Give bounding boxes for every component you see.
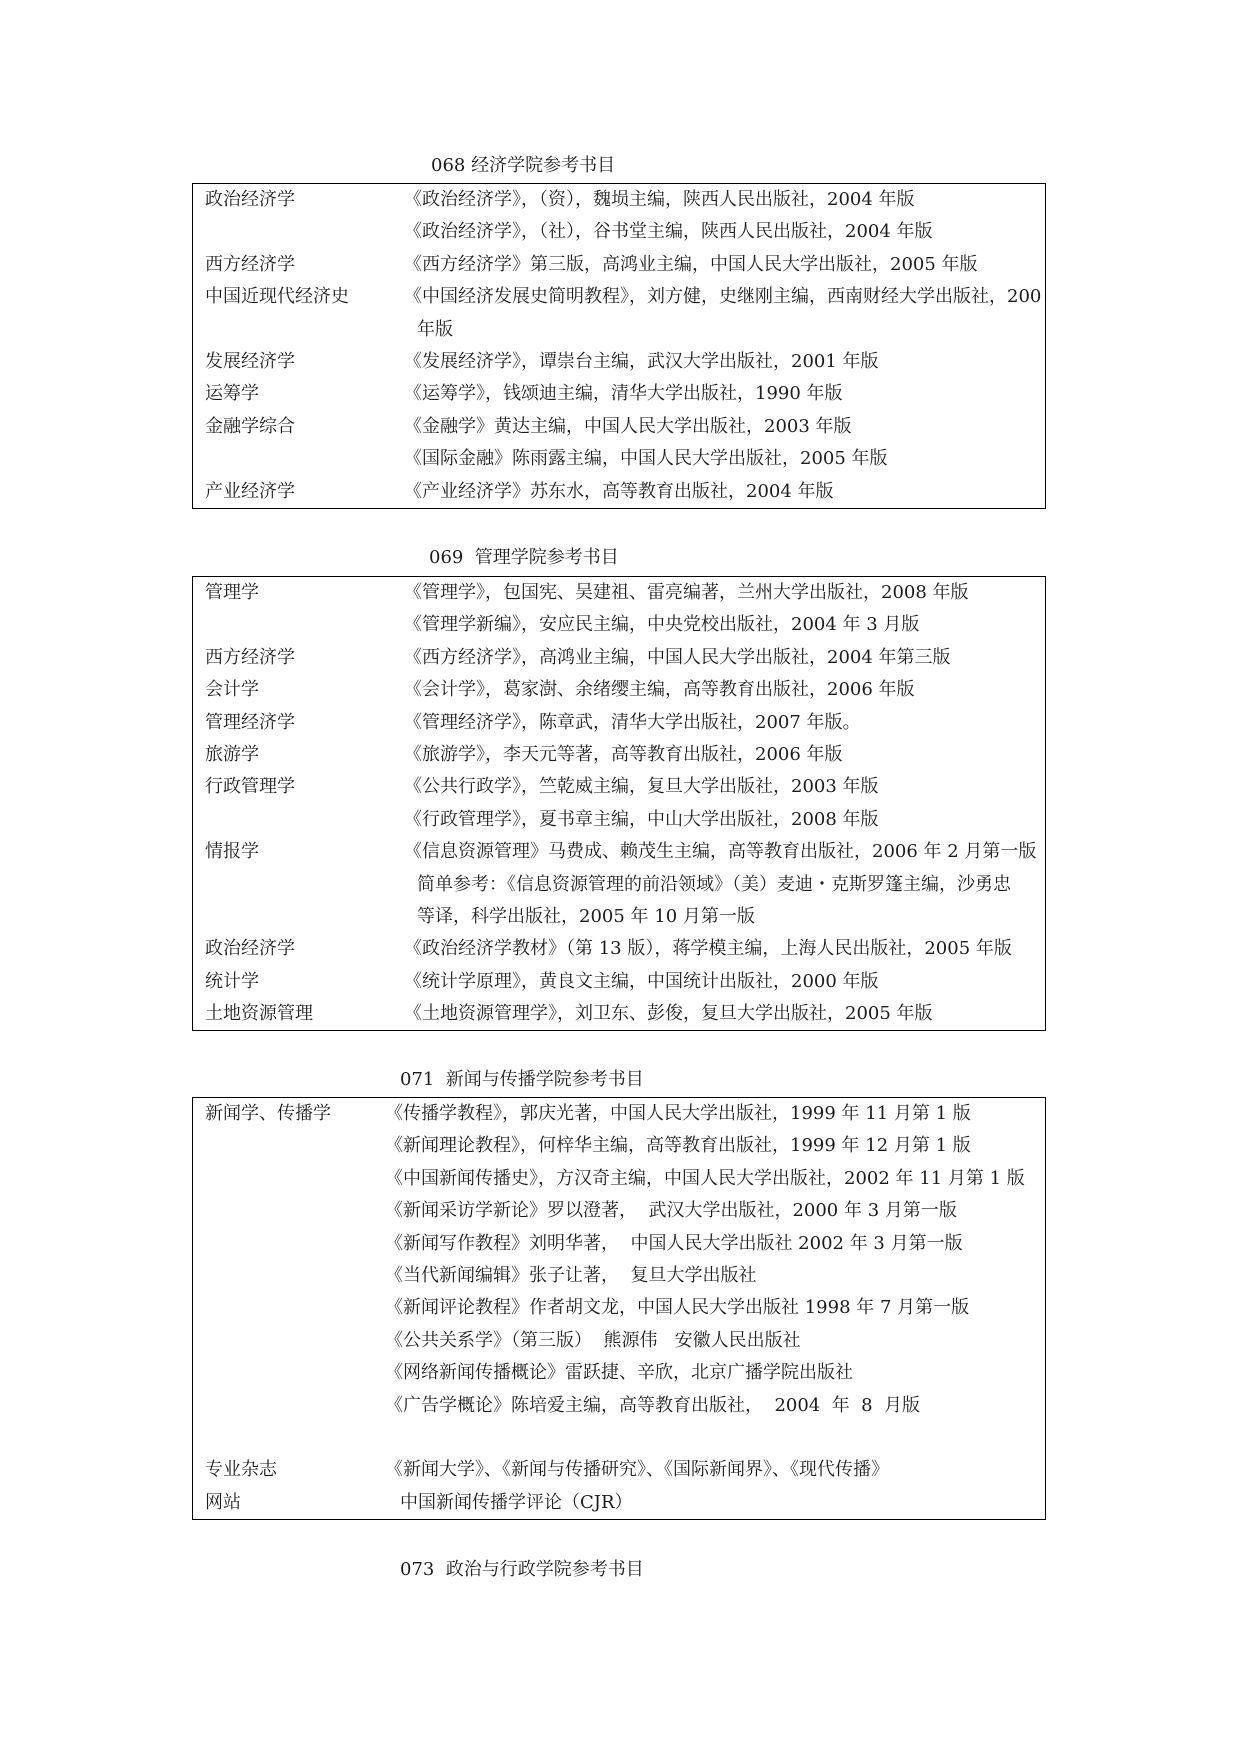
- table-row: 管理经济学《管理经济学》，陈章武，清华大学出版社，2007 年版。: [193, 707, 1045, 739]
- table-row: 《新闻采访学新论》罗以澄著， 武汉大学出版社，2000 年 3 月第一版: [193, 1195, 1045, 1227]
- book-reference: 《政治经济学》，（资），魏埙主编，陕西人民出版社，2004 年版: [404, 184, 915, 216]
- book-reference: 年版: [417, 314, 453, 346]
- table-row: 统计学《统计学原理》，黄良文主编，中国统计出版社，2000 年版: [193, 966, 1045, 998]
- table-row: 西方经济学《西方经济学》，高鸿业主编，中国人民大学出版社，2004 年第三版: [193, 642, 1045, 674]
- subject-label: 行政管理学: [205, 771, 295, 803]
- subject-label: 专业杂志: [205, 1454, 277, 1486]
- table-row: 网站中国新闻传播学评论（CJR）: [193, 1487, 1045, 1519]
- book-reference: 《当代新闻编辑》张子让著， 复旦大学出版社: [385, 1260, 756, 1292]
- book-reference: 《新闻理论教程》，何梓华主编，高等教育出版社，1999 年 12 月第 1 版: [385, 1130, 971, 1162]
- table-row: 《网络新闻传播概论》雷跃捷、辛欣，北京广播学院出版社: [193, 1357, 1045, 1389]
- table-row: 《行政管理学》，夏书章主编，中山大学出版社，2008 年版: [193, 804, 1045, 836]
- book-reference: 《会计学》，葛家澍、余绪缨主编，高等教育出版社，2006 年版: [404, 674, 915, 706]
- book-reference: 《产业经济学》苏东水，高等教育出版社，2004 年版: [404, 476, 834, 508]
- section-title-073: 073 政治与行政学院参考书目: [400, 1557, 644, 1583]
- subject-label: 管理经济学: [205, 707, 295, 739]
- book-reference: 《新闻评论教程》作者胡文龙，中国人民大学出版社 1998 年 7 月第一版: [385, 1292, 969, 1324]
- book-reference: 《发展经济学》，谭崇台主编，武汉大学出版社，2001 年版: [404, 346, 879, 378]
- book-reference: 《政治经济学教材》（第 13 版），蒋学模主编，上海人民出版社，2005 年版: [404, 933, 1012, 965]
- subject-label: 情报学: [205, 836, 259, 868]
- table-row: 金融学综合《金融学》黄达主编，中国人民大学出版社，2003 年版: [193, 411, 1045, 443]
- subject-label: 旅游学: [205, 739, 259, 771]
- table-row: 《政治经济学》，（社），谷书堂主编，陕西人民出版社，2004 年版: [193, 216, 1045, 248]
- book-reference: 《运筹学》，钱颂迪主编，清华大学出版社，1990 年版: [404, 378, 843, 410]
- table-row: 《中国新闻传播史》，方汉奇主编，中国人民大学出版社，2002 年 11 月第 1…: [193, 1163, 1045, 1195]
- book-reference: 《政治经济学》，（社），谷书堂主编，陕西人民出版社，2004 年版: [404, 216, 933, 248]
- book-reference: 《西方经济学》第三版，高鸿业主编，中国人民大学出版社，2005 年版: [404, 249, 978, 281]
- table-row: 产业经济学《产业经济学》苏东水，高等教育出版社，2004 年版: [193, 476, 1045, 508]
- table-row: 运筹学《运筹学》，钱颂迪主编，清华大学出版社，1990 年版: [193, 378, 1045, 410]
- book-reference: 《公共关系学》（第三版） 熊源伟 安徽人民出版社: [385, 1325, 801, 1357]
- book-reference: 《行政管理学》，夏书章主编，中山大学出版社，2008 年版: [404, 804, 879, 836]
- subject-label: 政治经济学: [205, 933, 295, 965]
- table-row: 《广告学概论》陈培爱主编，高等教育出版社， 2004 年 8 月版: [193, 1390, 1045, 1422]
- subject-label: 金融学综合: [205, 411, 295, 443]
- subject-label: 管理学: [205, 577, 259, 609]
- section-title-071: 071 新闻与传播学院参考书目: [400, 1067, 644, 1093]
- book-reference: 《西方经济学》，高鸿业主编，中国人民大学出版社，2004 年第三版: [404, 642, 951, 674]
- table-row-continuation: 年版: [193, 314, 1045, 346]
- book-reference: 《新闻写作教程》刘明华著， 中国人民大学出版社 2002 年 3 月第一版: [385, 1228, 963, 1260]
- reference-table-journalism: 新闻学、传播学《传播学教程》，郭庆光著，中国人民大学出版社，1999 年 11 …: [192, 1097, 1046, 1520]
- subject-label: 中国近现代经济史: [205, 281, 349, 313]
- table-row-continuation: 等译，科学出版社，2005 年 10 月第一版: [193, 901, 1045, 933]
- table-row: 《管理学新编》，安应民主编，中央党校出版社，2004 年 3 月版: [193, 609, 1045, 641]
- book-reference: 等译，科学出版社，2005 年 10 月第一版: [417, 901, 755, 933]
- subject-label: 土地资源管理: [205, 998, 313, 1030]
- table-row: 管理学《管理学》，包国宪、吴建祖、雷亮编著，兰州大学出版社，2008 年版: [193, 577, 1045, 609]
- table-row: 发展经济学《发展经济学》，谭崇台主编，武汉大学出版社，2001 年版: [193, 346, 1045, 378]
- reference-table-management: 管理学《管理学》，包国宪、吴建祖、雷亮编著，兰州大学出版社，2008 年版 《管…: [192, 576, 1046, 1031]
- table-row: 新闻学、传播学《传播学教程》，郭庆光著，中国人民大学出版社，1999 年 11 …: [193, 1098, 1045, 1130]
- book-reference: 《管理经济学》，陈章武，清华大学出版社，2007 年版。: [404, 707, 861, 739]
- table-row: 情报学《信息资源管理》马费成、赖茂生主编，高等教育出版社，2006 年 2 月第…: [193, 836, 1045, 868]
- table-row: 《新闻评论教程》作者胡文龙，中国人民大学出版社 1998 年 7 月第一版: [193, 1292, 1045, 1324]
- table-row: 西方经济学《西方经济学》第三版，高鸿业主编，中国人民大学出版社，2005 年版: [193, 249, 1045, 281]
- table-row: 《国际金融》陈雨露主编，中国人民大学出版社，2005 年版: [193, 443, 1045, 475]
- subject-label: 西方经济学: [205, 249, 295, 281]
- book-reference: 《旅游学》，李天元等著，高等教育出版社，2006 年版: [404, 739, 843, 771]
- book-reference: 《中国经济发展史简明教程》，刘方健，史继刚主编，西南财经大学出版社，200: [404, 281, 1041, 313]
- table-row: 中国近现代经济史《中国经济发展史简明教程》，刘方健，史继刚主编，西南财经大学出版…: [193, 281, 1045, 313]
- book-reference: 简单参考：《信息资源管理的前沿领域》（美）麦迪・克斯罗篷主编，沙勇忠: [417, 869, 1011, 901]
- subject-label: 会计学: [205, 674, 259, 706]
- table-row: 专业杂志《新闻大学》、《新闻与传播研究》、《国际新闻界》、《现代传播》: [193, 1454, 1045, 1486]
- table-row: 《新闻写作教程》刘明华著， 中国人民大学出版社 2002 年 3 月第一版: [193, 1228, 1045, 1260]
- book-reference: 《统计学原理》，黄良文主编，中国统计出版社，2000 年版: [404, 966, 879, 998]
- subject-label: 发展经济学: [205, 346, 295, 378]
- subject-label: 政治经济学: [205, 184, 295, 216]
- subject-label: 运筹学: [205, 378, 259, 410]
- subject-label: 西方经济学: [205, 642, 295, 674]
- reference-table-economics: 政治经济学《政治经济学》，（资），魏埙主编，陕西人民出版社，2004 年版 《政…: [192, 183, 1046, 509]
- book-reference: 《信息资源管理》马费成、赖茂生主编，高等教育出版社，2006 年 2 月第一版: [404, 836, 1036, 868]
- table-row: 《新闻理论教程》，何梓华主编，高等教育出版社，1999 年 12 月第 1 版: [193, 1130, 1045, 1162]
- table-row: 《当代新闻编辑》张子让著， 复旦大学出版社: [193, 1260, 1045, 1292]
- subject-label: 统计学: [205, 966, 259, 998]
- table-row: 政治经济学《政治经济学》，（资），魏埙主编，陕西人民出版社，2004 年版: [193, 184, 1045, 216]
- book-reference: 《中国新闻传播史》，方汉奇主编，中国人民大学出版社，2002 年 11 月第 1…: [385, 1163, 1025, 1195]
- book-reference: 《管理学》，包国宪、吴建祖、雷亮编著，兰州大学出版社，2008 年版: [404, 577, 969, 609]
- book-reference: 《广告学概论》陈培爱主编，高等教育出版社， 2004 年 8 月版: [385, 1390, 920, 1422]
- subject-label: 产业经济学: [205, 476, 295, 508]
- table-row: 旅游学《旅游学》，李天元等著，高等教育出版社，2006 年版: [193, 739, 1045, 771]
- table-row: 《公共关系学》（第三版） 熊源伟 安徽人民出版社: [193, 1325, 1045, 1357]
- book-reference: 《公共行政学》，竺乾威主编，复旦大学出版社，2003 年版: [404, 771, 879, 803]
- book-reference: 《网络新闻传播概论》雷跃捷、辛欣，北京广播学院出版社: [385, 1357, 853, 1389]
- book-reference: 《传播学教程》，郭庆光著，中国人民大学出版社，1999 年 11 月第 1 版: [385, 1098, 971, 1130]
- book-reference: 《新闻采访学新论》罗以澄著， 武汉大学出版社，2000 年 3 月第一版: [385, 1195, 957, 1227]
- book-reference: 《土地资源管理学》，刘卫东、彭俊，复旦大学出版社，2005 年版: [404, 998, 933, 1030]
- website-reference: 中国新闻传播学评论（CJR）: [400, 1487, 633, 1519]
- book-reference: 《金融学》黄达主编，中国人民大学出版社，2003 年版: [404, 411, 852, 443]
- section-title-068: 068 经济学院参考书目: [431, 153, 615, 179]
- table-row: 行政管理学《公共行政学》，竺乾威主编，复旦大学出版社，2003 年版: [193, 771, 1045, 803]
- blank-row: [193, 1422, 1045, 1454]
- subject-label: 新闻学、传播学: [205, 1098, 331, 1130]
- journal-list: 《新闻大学》、《新闻与传播研究》、《国际新闻界》、《现代传播》: [385, 1454, 889, 1486]
- book-reference: 《管理学新编》，安应民主编，中央党校出版社，2004 年 3 月版: [404, 609, 919, 641]
- table-row: 土地资源管理《土地资源管理学》，刘卫东、彭俊，复旦大学出版社，2005 年版: [193, 998, 1045, 1030]
- table-row: 政治经济学《政治经济学教材》（第 13 版），蒋学模主编，上海人民出版社，200…: [193, 933, 1045, 965]
- table-row-continuation: 简单参考：《信息资源管理的前沿领域》（美）麦迪・克斯罗篷主编，沙勇忠: [193, 869, 1045, 901]
- table-row: 会计学《会计学》，葛家澍、余绪缨主编，高等教育出版社，2006 年版: [193, 674, 1045, 706]
- subject-label: 网站: [205, 1487, 241, 1519]
- section-title-069: 069 管理学院参考书目: [429, 545, 619, 571]
- book-reference: 《国际金融》陈雨露主编，中国人民大学出版社，2005 年版: [404, 443, 888, 475]
